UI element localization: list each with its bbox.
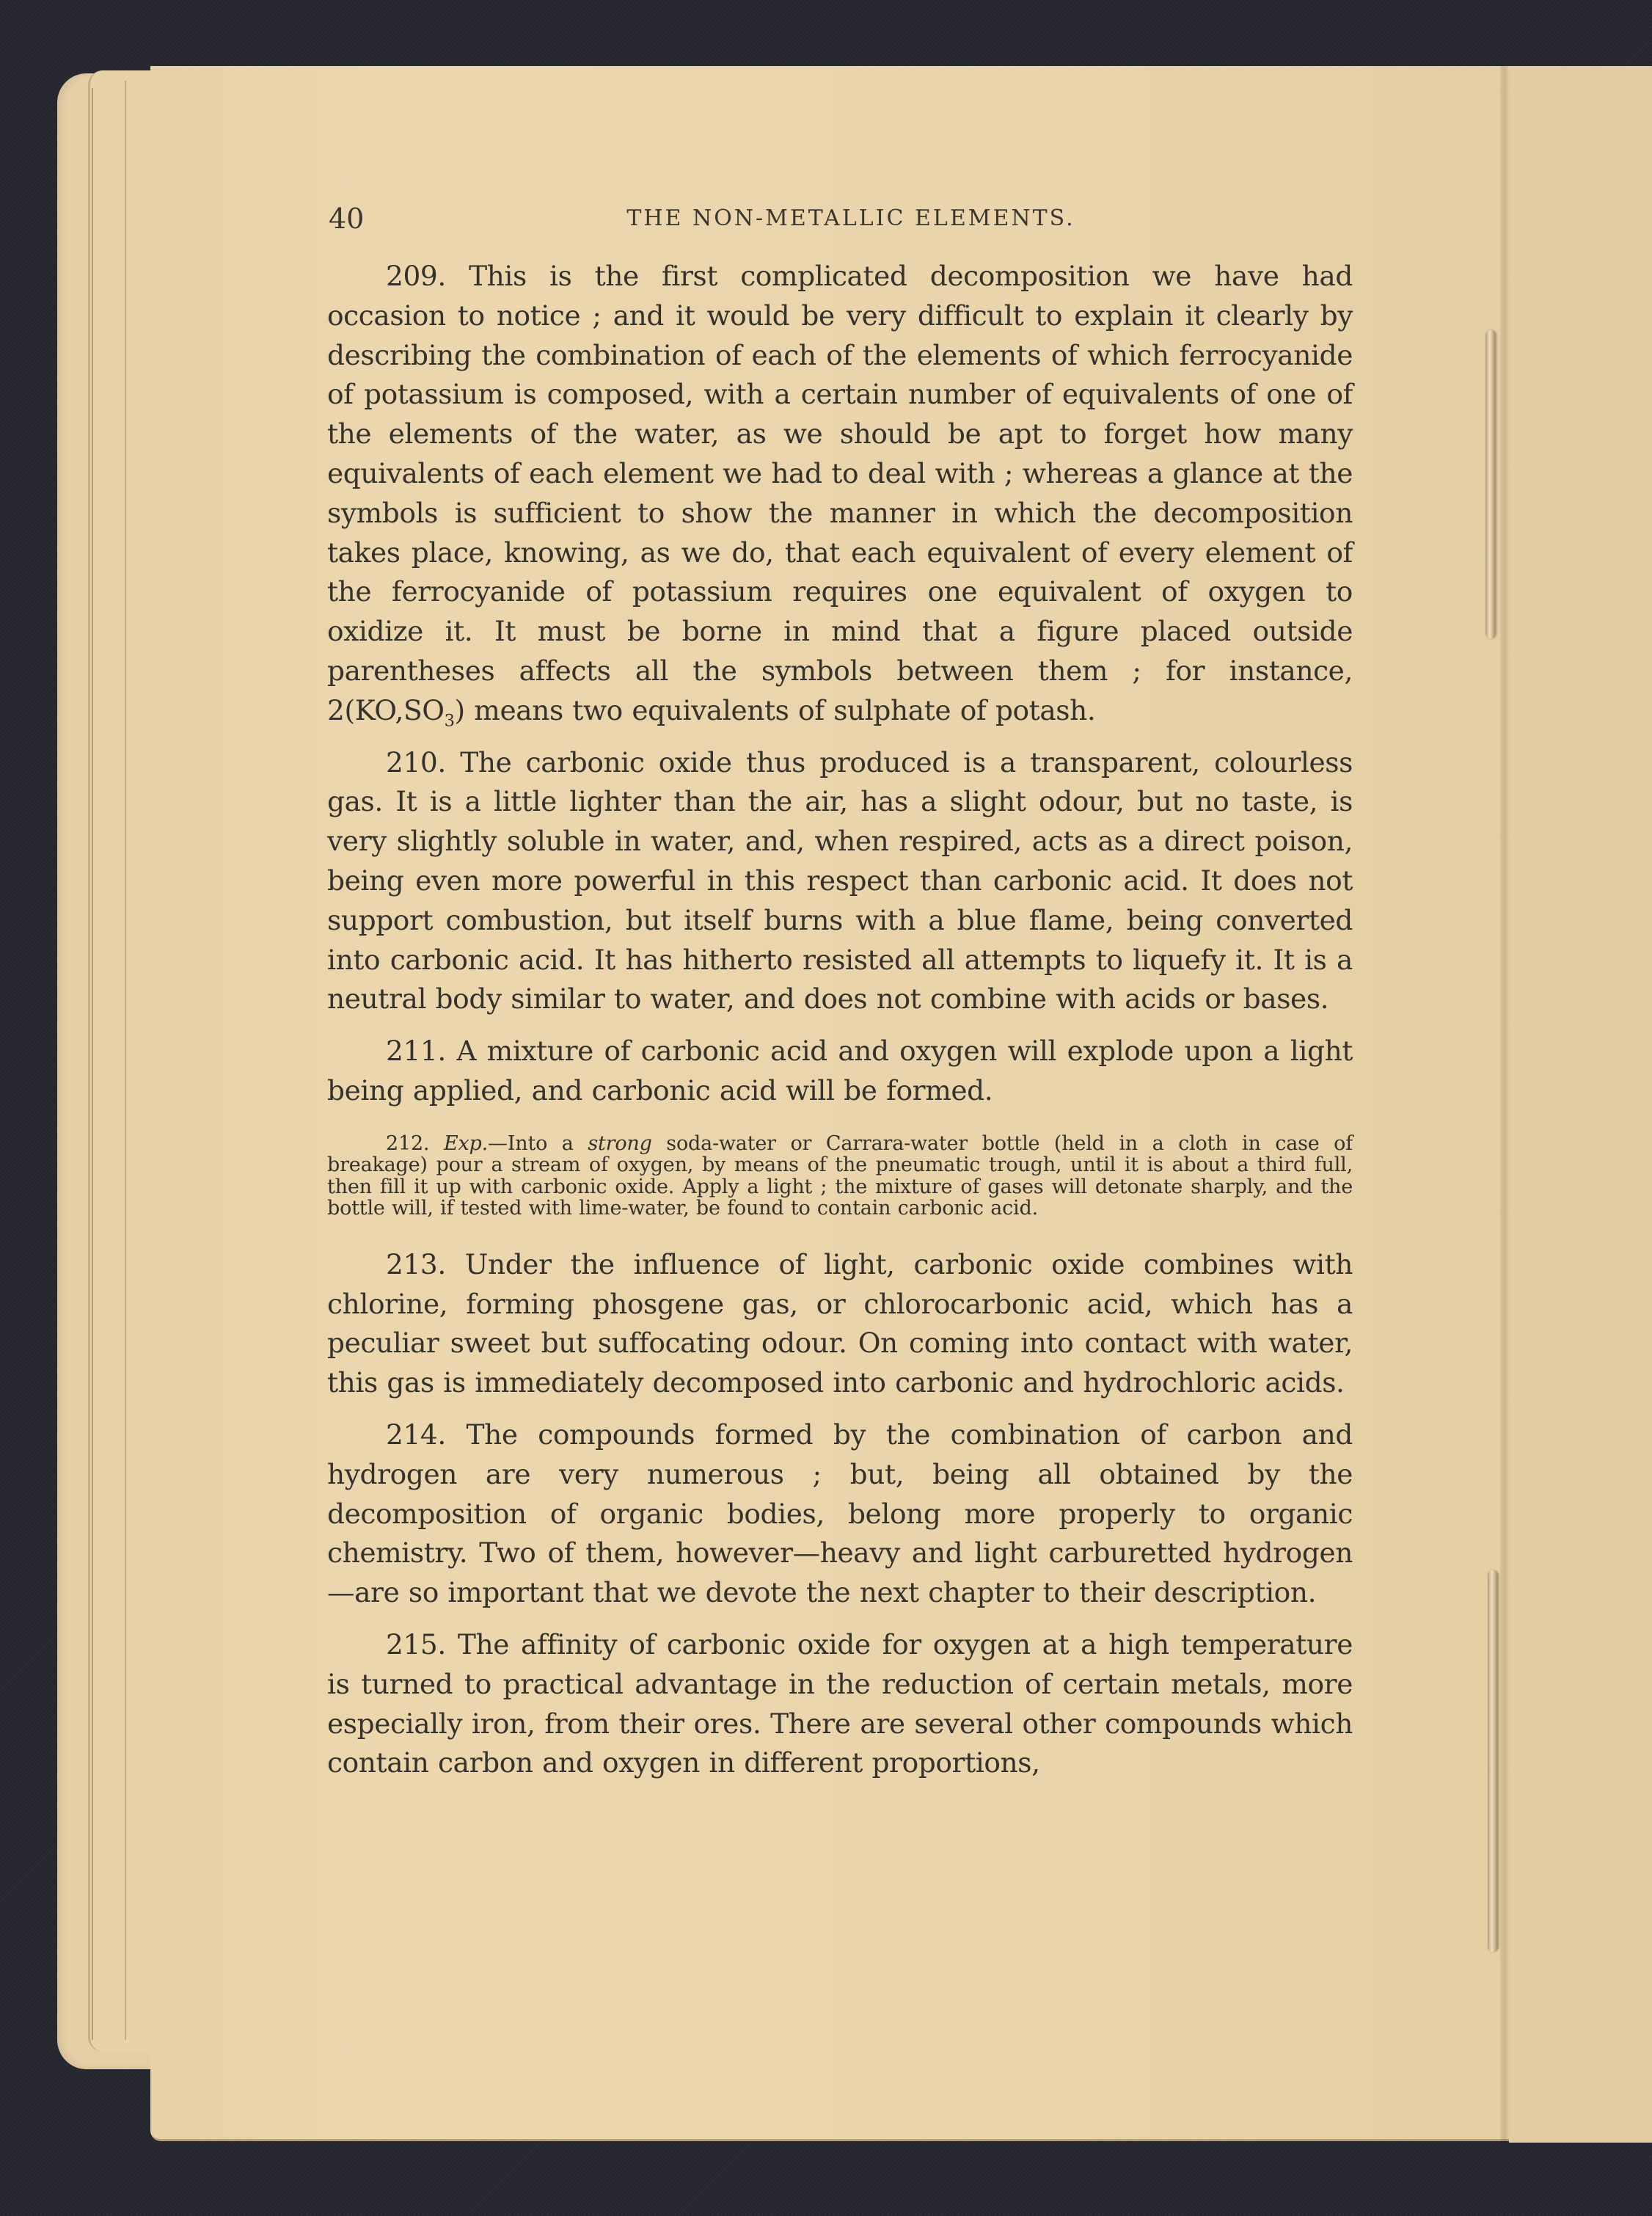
paragraph-text: This is the first complicated decomposit…: [327, 260, 1353, 687]
paragraph-215: 215. The affinity of carbonic oxide for …: [327, 1625, 1353, 1783]
page-edge-line: [125, 81, 126, 2040]
paragraph-text: The affinity of carbonic oxide for oxyge…: [327, 1628, 1353, 1779]
binding-thread: [1488, 1570, 1498, 1952]
page-edge-line: [92, 88, 93, 2040]
page-gutter: [1500, 66, 1509, 2143]
facing-page-edge: [1509, 66, 1652, 2143]
paragraph-text: Under the influence of light, carbonic o…: [327, 1248, 1353, 1399]
paragraph-number: 209.: [386, 260, 446, 292]
paragraph-number: 214.: [386, 1418, 446, 1451]
paragraph-number: 210.: [386, 746, 446, 779]
paragraph-212-experiment: 212. Exp.—Into a strong soda-water or Ca…: [327, 1133, 1353, 1220]
paragraph-text: A mixture of carbonic acid and oxygen wi…: [327, 1035, 1353, 1107]
paragraph-210: 210. The carbonic oxide thus produced is…: [327, 743, 1353, 1020]
paragraph-213: 213. Under the influence of light, carbo…: [327, 1245, 1353, 1403]
experiment-label: Exp.: [444, 1132, 488, 1155]
body-text: 209. This is the first complicated decom…: [327, 257, 1353, 1796]
formula-subscript: 3: [445, 711, 455, 730]
chemical-formula: 2(KO,SO3): [327, 694, 465, 726]
running-head: 40 THE NON-METALLIC ELEMENTS.: [323, 203, 1350, 239]
paragraph-209: 209. This is the first complicated decom…: [327, 257, 1353, 731]
paragraph-number: 213.: [386, 1248, 446, 1280]
binding-thread: [1485, 330, 1496, 638]
paragraph-number: 211.: [386, 1035, 446, 1067]
paragraph-text: The carbonic oxide thus produced is a tr…: [327, 746, 1353, 1016]
paragraph-211: 211. A mixture of carbonic acid and oxyg…: [327, 1032, 1353, 1111]
formula-text: 2(KO,SO: [327, 694, 445, 726]
paragraph-text: means two equivalents of sulphate of pot…: [465, 694, 1096, 726]
paragraph-214: 214. The compounds formed by the combina…: [327, 1415, 1353, 1613]
paragraph-number: 215.: [386, 1628, 446, 1661]
paragraph-text: The compounds formed by the combination …: [327, 1418, 1353, 1608]
formula-text: ): [455, 694, 465, 726]
paragraph-text: —Into a: [488, 1132, 588, 1155]
emphasis-text: strong: [588, 1132, 651, 1155]
paragraph-number: 212.: [386, 1132, 429, 1155]
running-head-title: THE NON-METALLIC ELEMENTS.: [323, 205, 1350, 231]
